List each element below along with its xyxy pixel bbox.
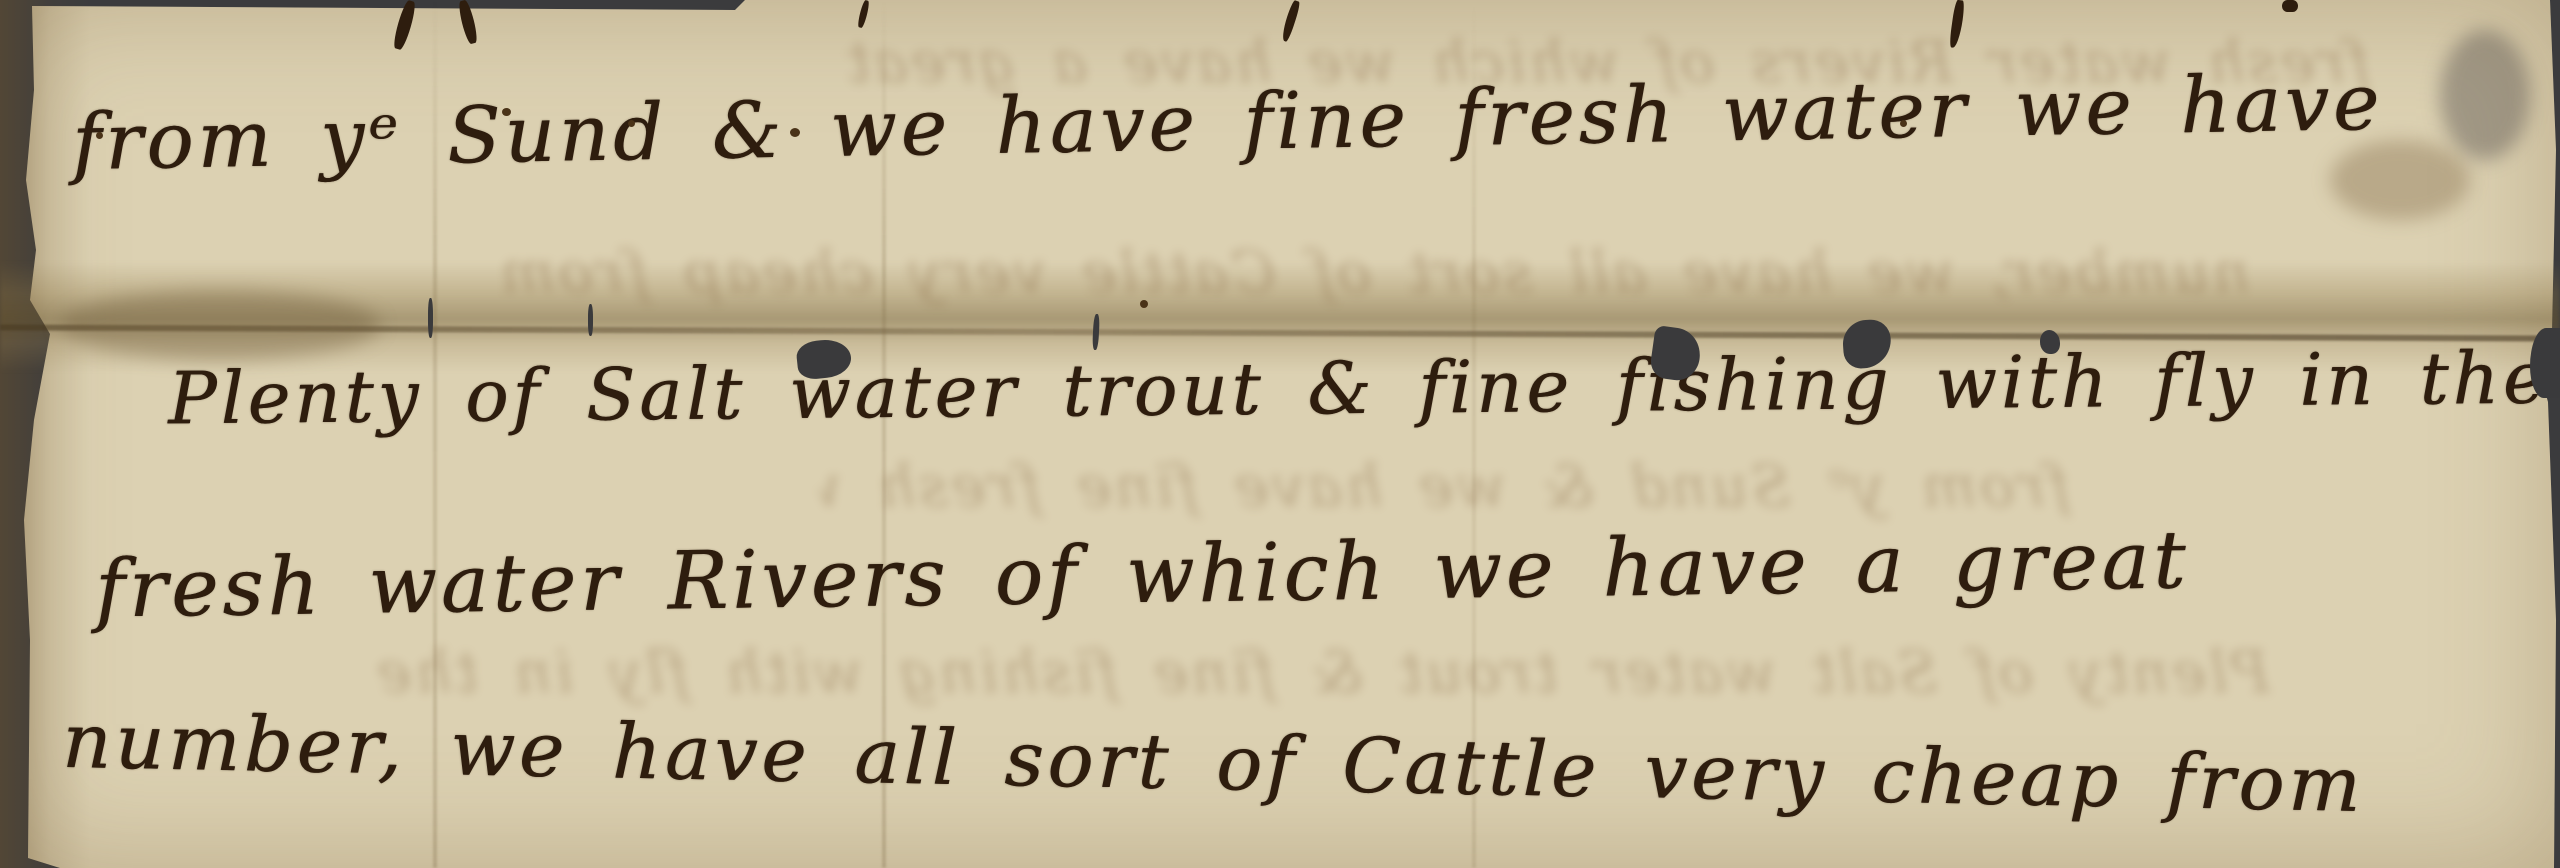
ink-bleedthrough: from yᵉ Sund & we have fine fresh water … (820, 452, 2070, 520)
crease-tear (588, 304, 593, 336)
cutoff-descender-stroke (2282, 0, 2298, 12)
ink-speck (1900, 120, 1907, 127)
paper-hole (2040, 330, 2060, 354)
brown-smudge (2330, 140, 2470, 220)
ink-speck (502, 108, 511, 116)
gray-smudge (2440, 30, 2530, 160)
ink-bleedthrough: number, we have all sort of Cattle very … (150, 238, 2250, 306)
photograph-of-manuscript: fresh water Rivers of which we have a gr… (0, 0, 2560, 868)
ink-speck (1140, 300, 1148, 308)
ink-speck (628, 120, 635, 127)
ink-speck (96, 132, 103, 139)
ink-bleedthrough: Plenty of Salt water trout & fine fishin… (70, 638, 2270, 706)
crease-tear (428, 298, 433, 338)
ink-speck (790, 128, 800, 137)
paper-hole-right-edge (2530, 328, 2560, 398)
